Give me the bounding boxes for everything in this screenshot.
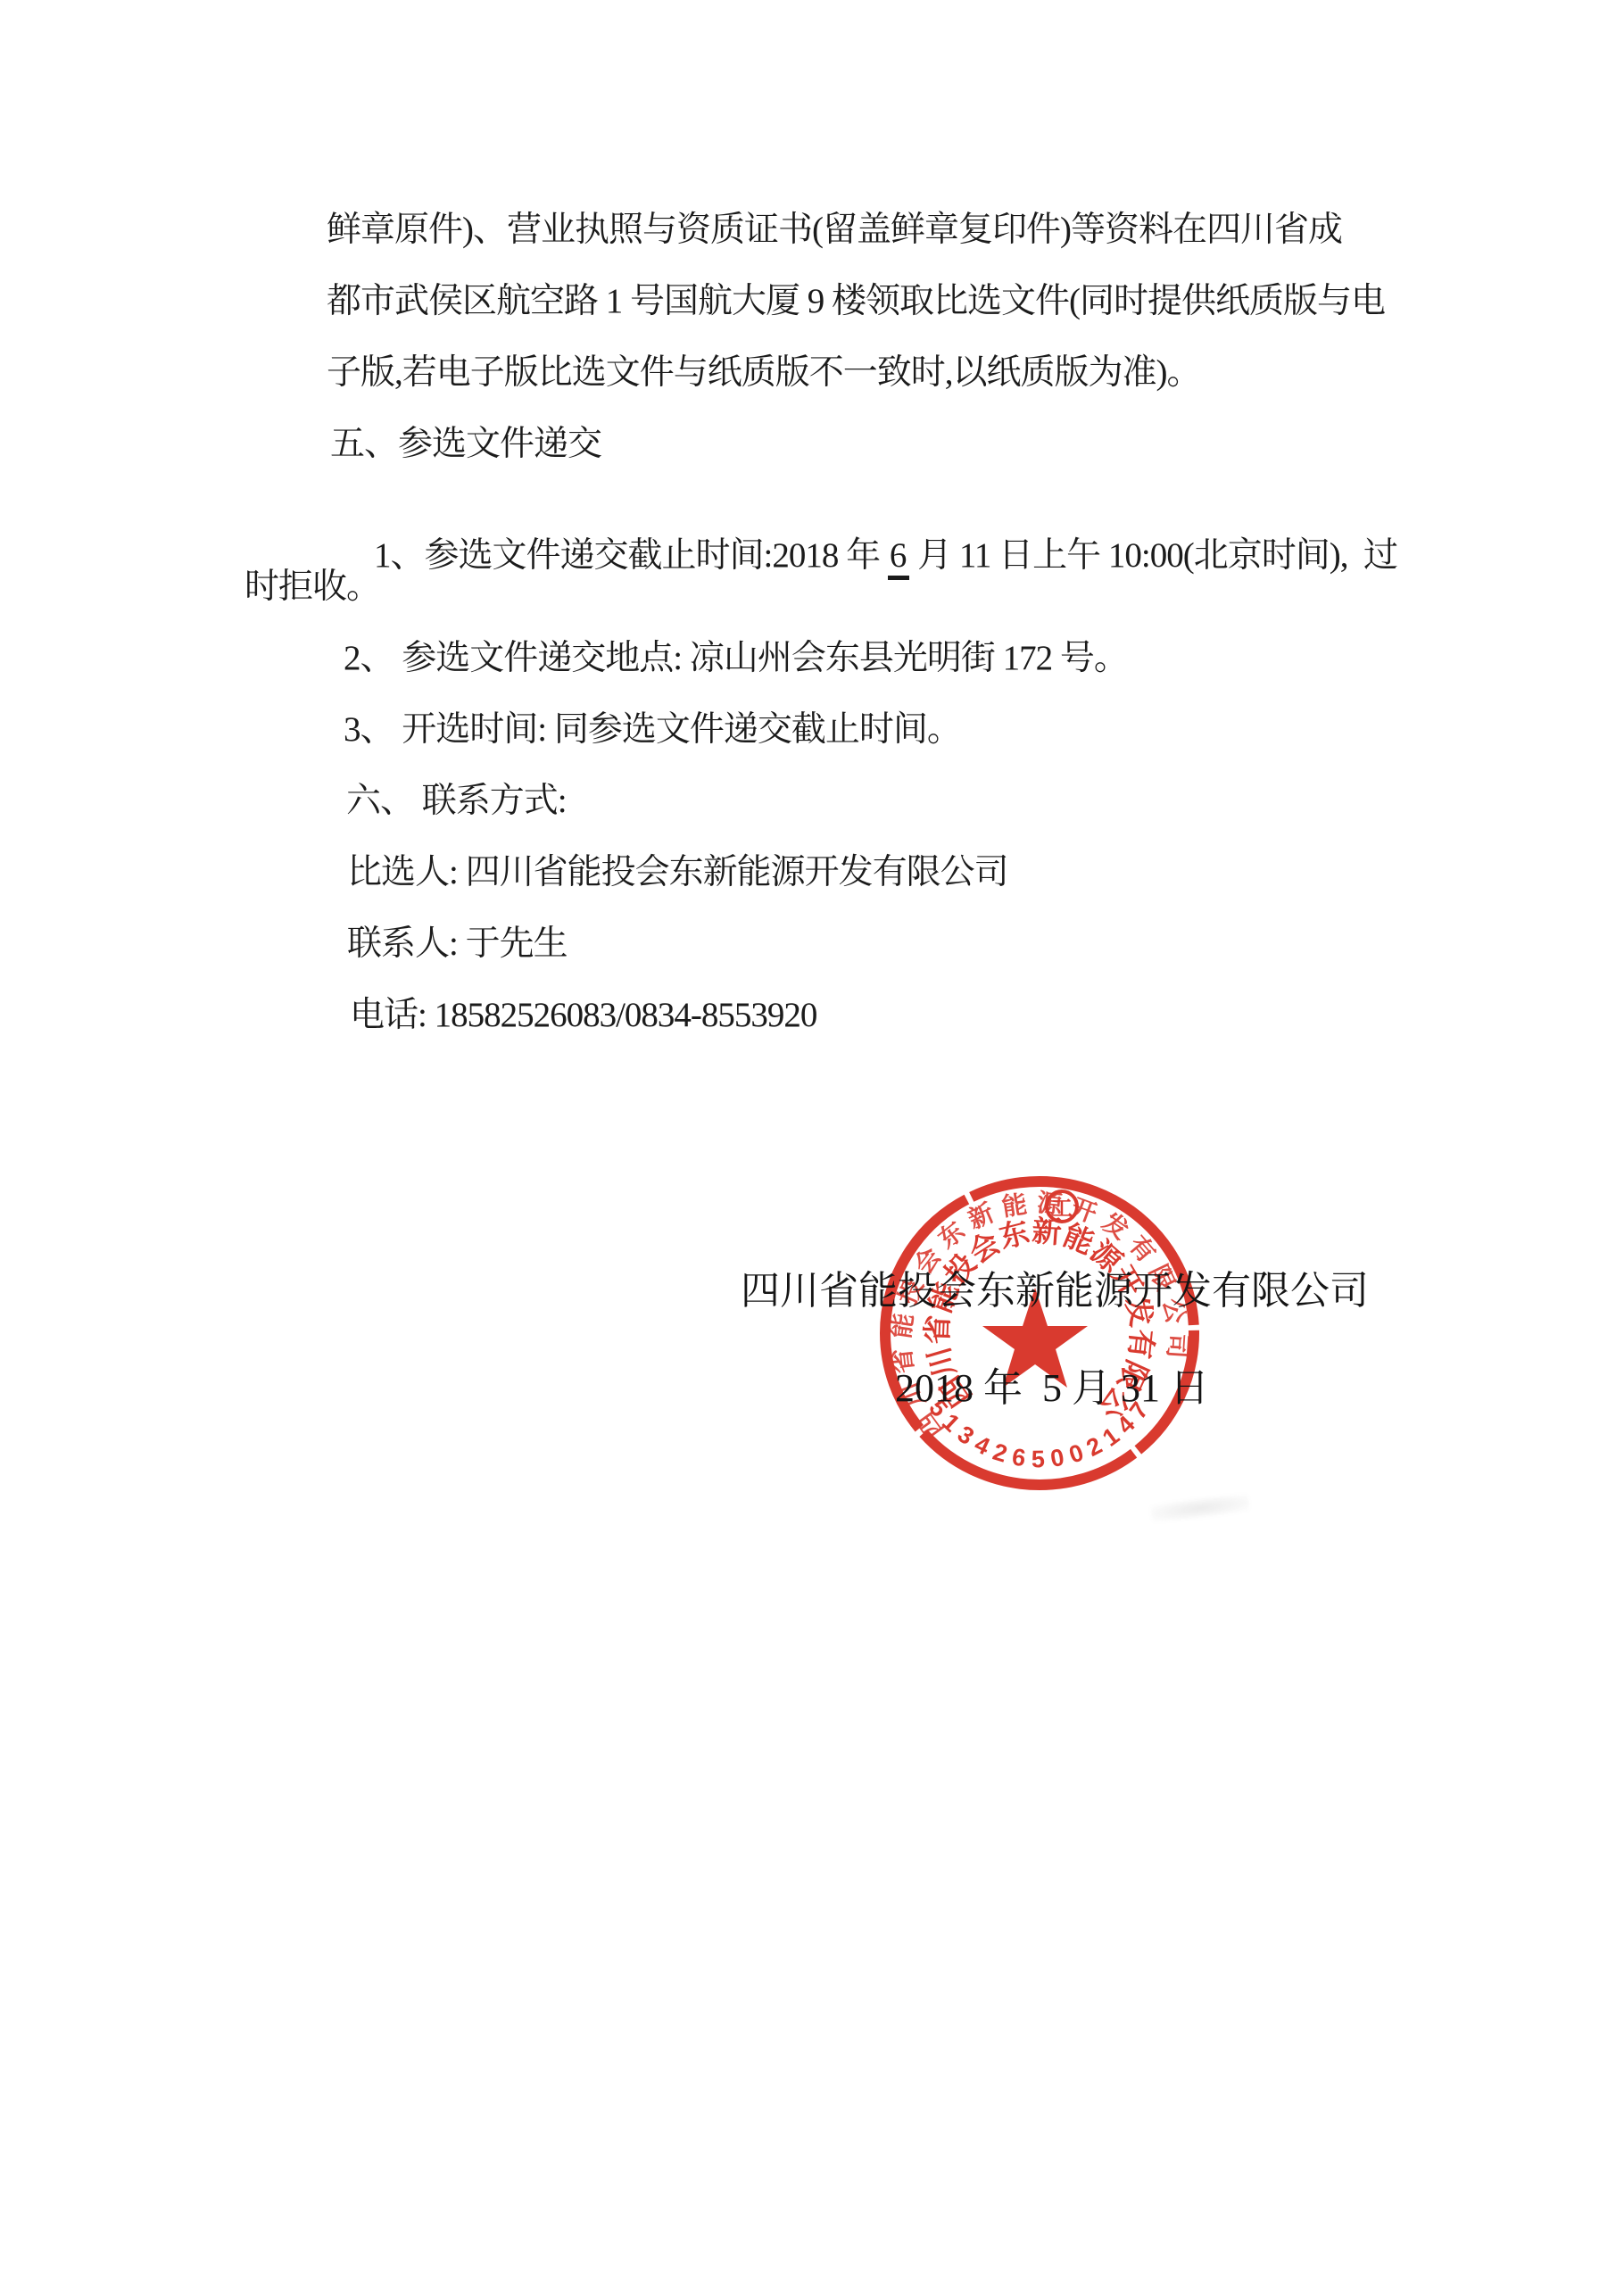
deadline-month-underlined: 6 [888,536,910,580]
section-5-item-2: 2、 参选文件递交地点: 凉山州会东县光明街 172 号。 [344,639,1128,679]
paragraph-pickup-line-1: 鲜章原件)、营业执照与资质证书(留盖鲜章复印件)等资料在四川省成 [327,211,1342,251]
seal-top-mark: 工 [1051,1197,1073,1221]
section-5-item-1-continuation: 时拒收。 [244,568,380,608]
section-5-heading: 五、参选文件递交 [330,425,601,465]
paragraph-pickup-line-3: 子版,若电子版比选文件与纸质版不一致时,以纸质版为准)。 [327,353,1201,394]
section-6-contact-person: 联系人: 于先生 [347,924,568,965]
section-5-item-3: 3、 开选时间: 同参选文件递交截止时间。 [344,710,961,750]
company-seal-stamp: 四川省能投会东新能源开发有限公司 四川省能投会东新能源开发有限公司 工 5134… [839,1151,1249,1562]
section-6-heading: 六、 联系方式: [346,782,567,822]
section-5-item-1: 1、参选文件递交截止时间:2018 年 6 月 11 日上午 10:00(北京时… [343,496,1397,617]
signature-company: 四川省能投会东新能源开发有限公司 [741,1271,1369,1312]
deadline-prefix: 1、参选文件递交截止时间:2018 年 [374,536,888,575]
document-page: 鲜章原件)、营业执照与资质证书(留盖鲜章复印件)等资料在四川省成 都市武侯区航空… [0,0,1624,2296]
paragraph-pickup-line-2: 都市武侯区航空路 1 号国航大厦 9 楼领取比选文件(同时提供纸质版与电 [327,282,1385,322]
deadline-suffix: 月 11 日上午 10:00(北京时间), 过 [909,536,1397,575]
signature-date: 2018 年 5 月 31 日 [895,1368,1209,1409]
section-6-phone: 电话: 18582526083/0834-8553920 [350,996,816,1036]
section-6-bidder: 比选人: 四川省能投会东新能源开发有限公司 [347,853,1008,893]
